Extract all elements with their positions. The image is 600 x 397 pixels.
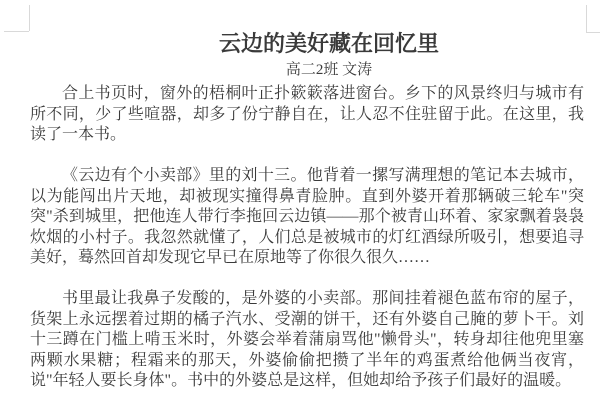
document-title: 云边的美好藏在回忆里 xyxy=(52,31,600,57)
paragraph-3: 书里最让我鼻子发酸的，是外婆的小卖部。那间挂着褪色蓝布帘的屋子，货架上永远摆着过… xyxy=(30,289,584,392)
margin-mark-top-right-vertical xyxy=(586,5,587,32)
paragraph-1: 合上书页时，窗外的梧桐叶正扑簌簌落进窗台。乡下的风景终归与城市有所不同，少了些喧… xyxy=(30,84,584,146)
document-content: 云边的美好藏在回忆里 高二2班 文涛 合上书页时，窗外的梧桐叶正扑簌簌落进窗台。… xyxy=(30,31,584,392)
margin-mark-top-left-vertical xyxy=(29,5,30,31)
document-byline: 高二2班 文涛 xyxy=(52,61,600,80)
paragraph-2: 《云边有个小卖部》里的刘十三。他背着一摞写满理想的笔记本去城市，以为能闯出片天地… xyxy=(30,166,584,269)
document-page: 云边的美好藏在回忆里 高二2班 文涛 合上书页时，窗外的梧桐叶正扑簌簌落进窗台。… xyxy=(0,0,600,397)
margin-mark-top-left-horizontal xyxy=(4,31,29,32)
